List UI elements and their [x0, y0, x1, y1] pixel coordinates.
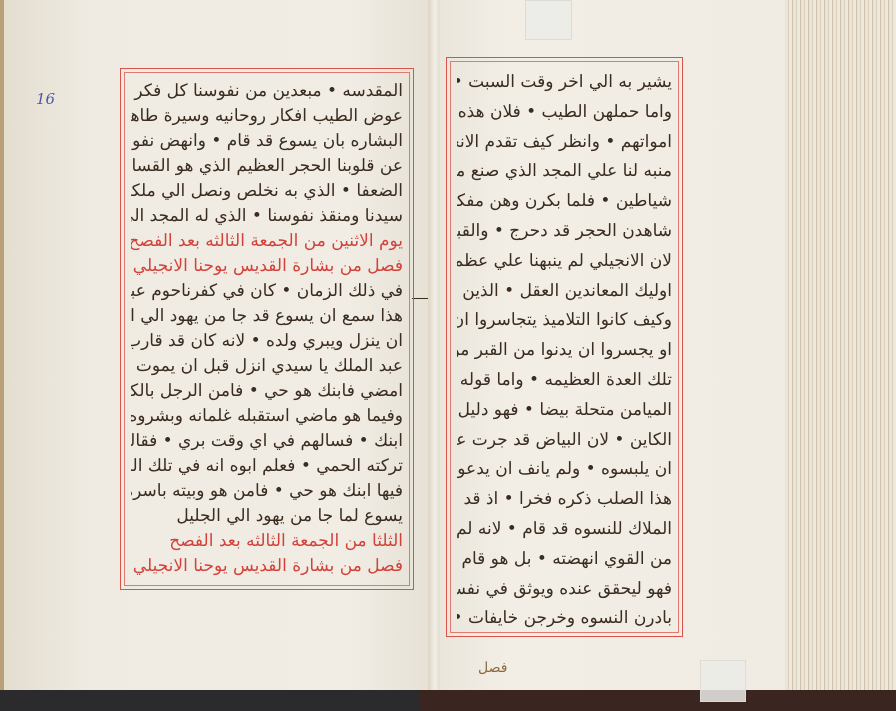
left-text-block: المقدسه • مبعدين من نفوسنا كل فكر شيطاني… [131, 79, 403, 579]
folio-number: 16 [36, 90, 55, 108]
rubric-line: فصل من بشارة القديس يوحنا الانجيلي [131, 254, 403, 279]
text-line: ان ينزل ويبري ولده • لانه كان قد قارب ال… [131, 329, 403, 354]
text-line: عن قلوبنا الحجر العظيم الذي هو القساوه •… [131, 154, 403, 179]
text-line: او يجسروا ان يدنوا من القبر من بعيد • وح… [457, 336, 672, 366]
paper-tab-top [525, 0, 572, 40]
text-line: يشير به الي اخر وقت السبت • ولاخر انقضا … [457, 68, 672, 98]
text-line: من القوي انهضته • بل هو قام بقدرته • وام… [457, 545, 672, 575]
text-line: الملاك للنسوه قد قام • لانه لم يقل ملاكا… [457, 515, 672, 545]
text-line: وفيما هو ماضي استقبله غلمانه وبشروه • وق… [131, 404, 403, 429]
text-line: لان الانجيلي لم ينبهنا علي عظم الحجر جزا… [457, 247, 672, 277]
text-line: البشاره بان يسوع قد قام • وانهض نفوسنا م… [131, 129, 403, 154]
text-line: وكيف كانوا التلاميذ يتجاسروا ان يتظاهروا… [457, 306, 672, 336]
text-line: هذا سمع ان يسوع قد جا من يهود الي الجليل… [131, 304, 403, 329]
text-line: شياطين • فلما بكرن وهن مفكرات في من يدحر… [457, 187, 672, 217]
text-line: فيها ابنك هو حي • فامن هو وبيته باسره • … [131, 479, 403, 504]
right-text-block: يشير به الي اخر وقت السبت • ولاخر انقضا … [457, 68, 672, 634]
back-cover [420, 690, 896, 711]
text-line: المقدسه • مبعدين من نفوسنا كل فكر شيطاني… [131, 79, 403, 104]
text-line: في ذلك الزمان • كان في كفرناحوم عبد المل… [131, 279, 403, 304]
text-line: الميامن متحلة بيضا • فهو دليل علي قيامة … [457, 396, 672, 426]
page-edges [785, 0, 896, 692]
text-line: هذا الصلب ذكره فخرا • اذ قد صار سببا لسا… [457, 485, 672, 515]
text-line: اوليك المعاندين العقل • الذين زعموا ان ت… [457, 277, 672, 307]
margin-mark [412, 298, 428, 299]
rubric-line: يوم الاثنين من الجمعة الثالثه بعد الفصح [131, 229, 403, 254]
text-line: ان يلبسوه • ولم يانف ان يدعوه مصلوبا ولا… [457, 455, 672, 485]
text-line: يسوع لما جا من يهود الي الجليل [131, 504, 403, 529]
rubric-line: الثلثا من الجمعة الثالثه بعد الفصح [131, 529, 403, 554]
text-line: الكاين • لان البياض قد جرت عادة المبشرين… [457, 426, 672, 456]
open-manuscript: 16 المقدسه • مبعدين من نفوسنا كل فكر شيط… [0, 0, 896, 711]
text-line: فهو ليحقق عنده ويوثق في نفسه ان قد قبلت … [457, 575, 672, 605]
catchword: فصل [478, 660, 507, 676]
text-line: بادرن النسوه وخرجن خايفات • فكذلك نبادر … [457, 604, 672, 634]
paper-tab-bottom [700, 660, 746, 702]
text-line: تركته الحمي • فعلم ابوه انه في تلك الساع… [131, 454, 403, 479]
text-line: شاهدن الحجر قد دحرج • والقبر مفتوح والحج… [457, 217, 672, 247]
text-line: ابنك • فسالهم في اي وقت بري • فقالوا له … [131, 429, 403, 454]
text-line: امضي فابنك هو حي • فامن الرجل بالكلمه ال… [131, 379, 403, 404]
rubric-line: فصل من بشارة القديس يوحنا الانجيلي [131, 554, 403, 579]
text-line: منبه لنا علي المجد الذي صنع معها • من ان… [457, 157, 672, 187]
text-line: واما حملهن الطيب • فلان هذه كانت عادة ال… [457, 98, 672, 128]
text-line: سيدنا ومنقذ نفوسنا • الذي له المجد الي ا… [131, 204, 403, 229]
left-text-frame: المقدسه • مبعدين من نفوسنا كل فكر شيطاني… [120, 68, 414, 590]
text-line: عوض الطيب افكار روحانيه وسيرة طاهره • حت… [131, 104, 403, 129]
text-line: الضعفا • الذي به نخلص ونصل الي ملكوت الس… [131, 179, 403, 204]
right-text-frame: يشير به الي اخر وقت السبت • ولاخر انقضا … [446, 57, 683, 637]
text-line: عبد الملك يا سيدي انزل قبل ان يموت فتاي … [131, 354, 403, 379]
text-line: تلك العدة العظيمه • واما قوله انهن راين … [457, 366, 672, 396]
text-line: امواتهم • وانظر كيف تقدم الانجيلي في الذ… [457, 128, 672, 158]
